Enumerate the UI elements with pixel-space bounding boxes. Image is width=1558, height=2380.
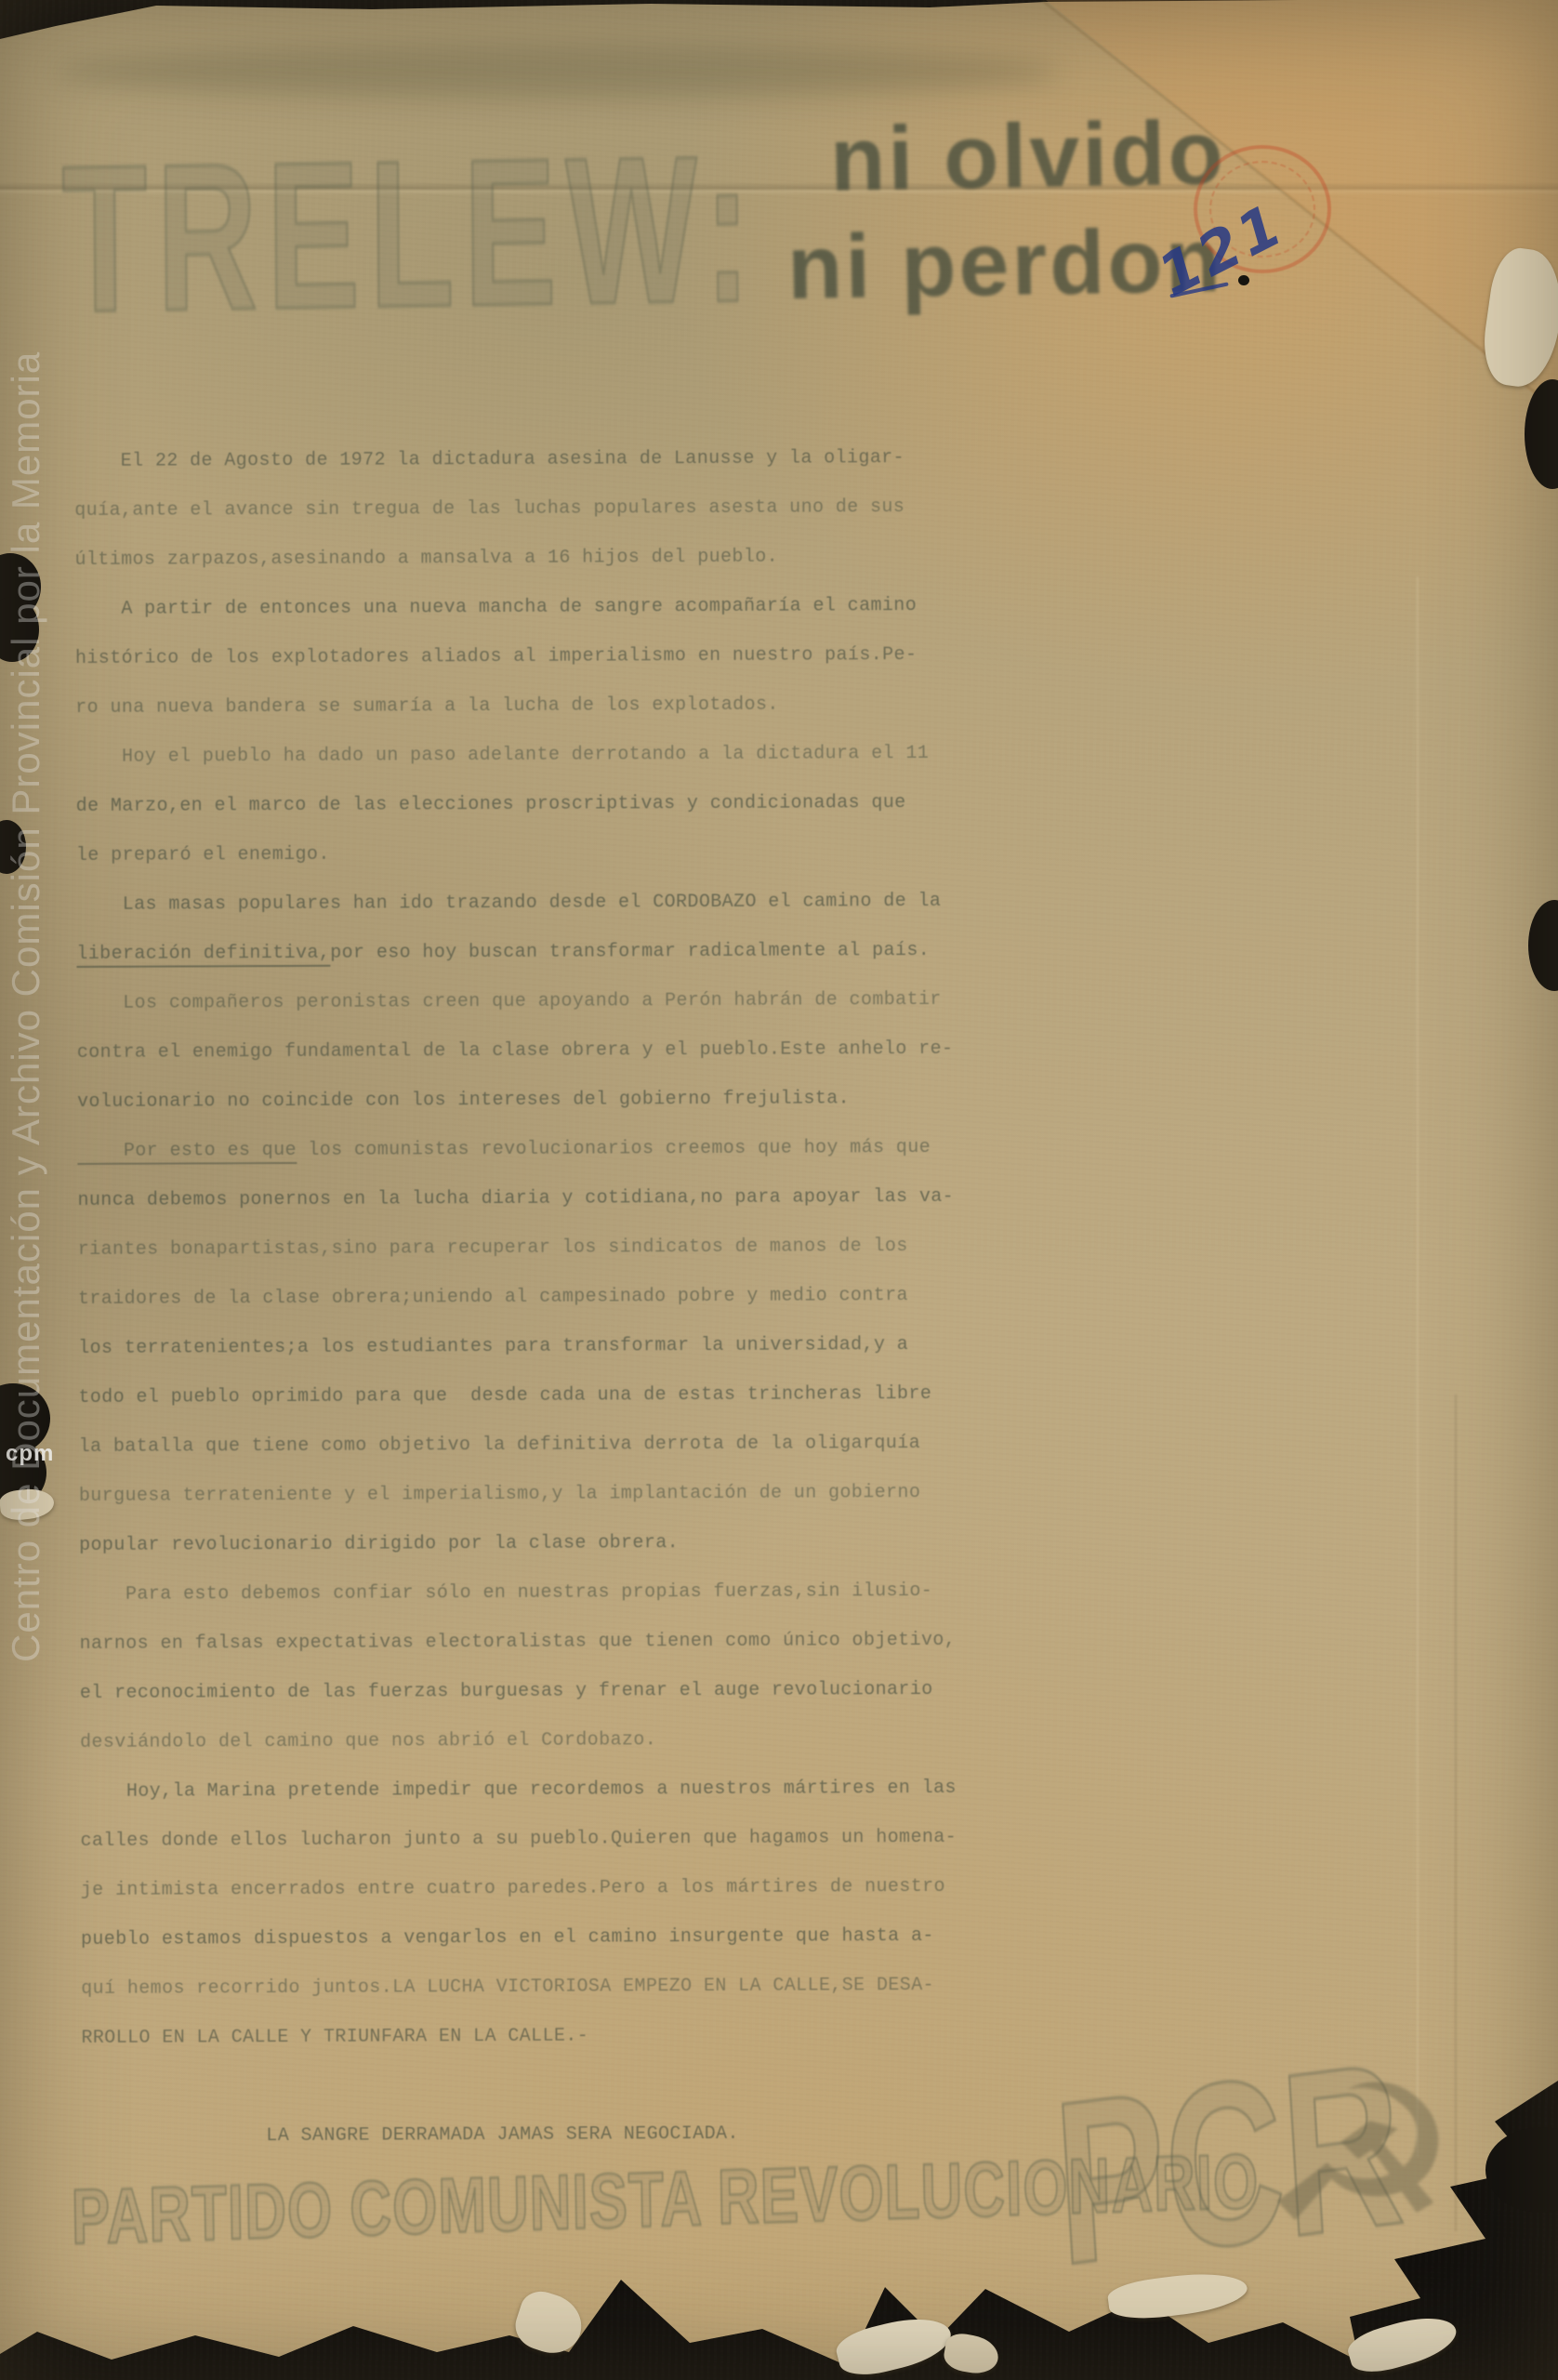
typed-line: Para esto debemos confiar sólo en nuestr… (79, 1567, 916, 1620)
typed-line: histórico de los explotadores aliados al… (75, 630, 912, 683)
typed-line: RROLLO EN LA CALLE Y TRIUNFARA EN LA CAL… (81, 2010, 918, 2063)
typed-line: Los compañeros peronistas creen que apoy… (77, 975, 914, 1028)
typed-line: desviándolo del camino que nos abrió el … (80, 1714, 917, 1767)
title-stamp: TRELEW: (61, 108, 760, 360)
typed-line: burguesa terrateniente y el imperialismo… (79, 1468, 916, 1521)
typed-line: je intimista encerrados entre cuatro par… (81, 1862, 918, 1915)
ink-dot (1238, 275, 1249, 285)
typed-line: quía,ante el avance sin tregua de las lu… (74, 483, 911, 535)
typed-line: narnos en falsas expectativas electorali… (80, 1616, 917, 1669)
typed-line: A partir de entonces una nueva mancha de… (75, 581, 912, 634)
typed-line: liberación definitiva,por eso hoy buscan… (76, 926, 913, 979)
typed-line: popular revolucionario dirigido por la c… (79, 1517, 916, 1570)
typed-line: calles donde ellos lucharon junto a su p… (80, 1813, 917, 1866)
cpm-logo: cpm (6, 1441, 54, 1467)
typed-line: de Marzo,en el marco de las elecciones p… (76, 778, 913, 831)
typed-line: todo el pueblo oprimido para que desde c… (78, 1369, 915, 1422)
typed-line: traidores de la clase obrera;uniendo al … (78, 1271, 915, 1324)
torn-paper-sliver (1344, 2308, 1461, 2380)
torn-paper-sliver (942, 2331, 1001, 2376)
typed-line: Por esto es que los comunistas revolucio… (77, 1123, 914, 1176)
typed-line: Las masas populares han ido trazando des… (76, 877, 913, 930)
typed-line: le preparó el enemigo. (76, 827, 913, 880)
typed-line: los terratenientes;a los estudiantes par… (78, 1320, 915, 1373)
typed-line: Hoy,la Marina pretende impedir que recor… (80, 1764, 917, 1817)
typed-line: riantes bonapartistas,sino para recupera… (78, 1222, 915, 1275)
typed-line: volucionario no coincide con los interes… (77, 1074, 914, 1127)
ink-smudge (56, 45, 1060, 99)
scanned-leaflet-photo: TRELEW: ni olvido ni perdon 121 El 22 de… (0, 0, 1558, 2380)
typed-line: últimos zarpazos,asesinando a mansalva a… (74, 532, 911, 585)
typed-line: quí hemos recorrido juntos.LA LUCHA VICT… (81, 1961, 918, 2014)
typed-line: Hoy el pueblo ha dado un paso adelante d… (75, 729, 912, 782)
slogan-line-1: ni olvido (829, 100, 1227, 211)
typed-line: contra el enemigo fundamental de la clas… (77, 1025, 914, 1078)
typed-line (82, 2059, 918, 2112)
typed-line: la batalla que tiene como objetivo la de… (79, 1419, 916, 1472)
typed-line: pueblo estamos dispuestos a vengarlos en… (81, 1911, 918, 1964)
typed-line: El 22 de Agosto de 1972 la dictadura ase… (74, 433, 911, 486)
vertical-crease (1417, 576, 1419, 2157)
typed-line: el reconocimiento de las fuerzas burgues… (80, 1665, 917, 1718)
typed-body: El 22 de Agosto de 1972 la dictadura ase… (74, 433, 918, 2162)
typed-line: ro una nueva bandera se sumaría a la luc… (75, 680, 912, 733)
typed-line: nunca debemos ponernos en la lucha diari… (77, 1172, 914, 1225)
